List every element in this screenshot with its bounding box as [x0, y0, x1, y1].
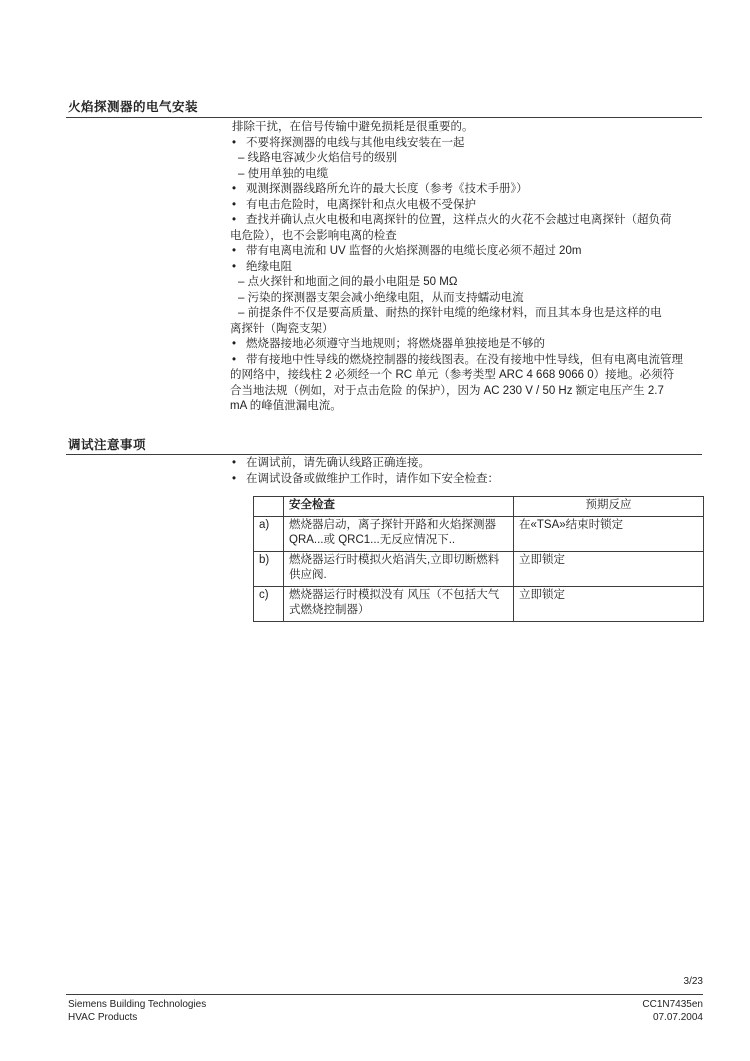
heading-rule	[66, 117, 702, 118]
footer-doc-date: 07.07.2004	[642, 1011, 703, 1024]
body-line: 电危险），也不会影响电离的检查	[230, 229, 716, 245]
row-response: 立即锁定	[514, 586, 704, 621]
row-label: a)	[254, 516, 284, 551]
sub-item: – 点火探针和地面之间的最小电阻是 50 MΩ	[230, 275, 716, 291]
bullet-item: 有电击危险时，电离探针和点火电极不受保护	[230, 198, 716, 214]
body-line: 合当地法规（例如，对于点击危险 的保护），因为 AC 230 V / 50 Hz…	[230, 384, 716, 400]
bullet-item: 观测探测器线路所允许的最大长度（参考《技术手册》）	[230, 182, 716, 198]
bullet-item: 绝缘电阻	[230, 260, 716, 276]
section-body-electrical-installation: 排除干扰，在信号传输中避免损耗是很重要的。 不要将探测器的电线与其他电线安装在一…	[230, 120, 716, 415]
page-number: 3/23	[66, 976, 703, 987]
table-row: c) 燃烧器运行时模拟没有 风压（不包括大气式燃烧控制器） 立即锁定	[254, 586, 704, 621]
page-footer: Siemens Building Technologies HVAC Produ…	[68, 998, 703, 1024]
footer-rule	[66, 994, 703, 995]
row-check: 燃烧器运行时模拟火焰消失,立即切断燃料供应阀.	[284, 551, 514, 586]
body-line: 的网络中，接线柱 2 必须经一个 RC 单元（参考类型 ARC 4 668 90…	[230, 368, 716, 384]
footer-doc-info: CC1N7435en 07.07.2004	[642, 998, 703, 1024]
section-body-commissioning-notes: 在调试前，请先确认线路正确连接。 在调试设备或做维护工作时，请作如下安全检查：	[230, 456, 716, 487]
bullet-item: 在调试设备或做维护工作时，请作如下安全检查：	[230, 472, 716, 488]
sub-item: – 前提条件不仅是要高质量、耐热的探针电缆的绝缘材料，而且其本身也是这样的电	[230, 306, 716, 322]
footer-doc-id: CC1N7435en	[642, 998, 703, 1011]
footer-company-line2: HVAC Products	[68, 1011, 206, 1024]
row-check: 燃烧器启动，离子探针开路和火焰探测器 QRA...或 QRC1...无反应情况下…	[284, 516, 514, 551]
table-header-safety-check: 安全检查	[284, 497, 514, 517]
footer-company-line1: Siemens Building Technologies	[68, 998, 206, 1011]
table-header-row: 安全检查 预期反应	[254, 497, 704, 517]
heading-rule	[66, 454, 702, 455]
table-row: b) 燃烧器运行时模拟火焰消失,立即切断燃料供应阀. 立即锁定	[254, 551, 704, 586]
row-response: 在«TSA»结束时锁定	[514, 516, 704, 551]
sub-item: – 线路电容减少火焰信号的级别	[230, 151, 716, 167]
row-label: b)	[254, 551, 284, 586]
body-line: mA 的峰值泄漏电流。	[230, 399, 716, 415]
table-header-expected-response: 预期反应	[514, 497, 704, 517]
body-line: 排除干扰，在信号传输中避免损耗是很重要的。	[230, 120, 716, 136]
bullet-item: 查找并确认点火电极和电离探针的位置，这样点火的火花不会越过电离探针（超负荷	[230, 213, 716, 229]
footer-company: Siemens Building Technologies HVAC Produ…	[68, 998, 206, 1024]
body-line: 离探针（陶瓷支架）	[230, 322, 716, 338]
bullet-item: 不要将探测器的电线与其他电线安装在一起	[230, 136, 716, 152]
bullet-item: 在调试前，请先确认线路正确连接。	[230, 456, 716, 472]
bullet-item: 带有电离电流和 UV 监督的火焰探测器的电缆长度必须不超过 20m	[230, 244, 716, 260]
sub-item: – 污染的探测器支架会减小绝缘电阻，从而支持蠕动电流	[230, 291, 716, 307]
section-heading-commissioning-notes: 调试注意事项	[68, 435, 146, 453]
bullet-item: 带有接地中性导线的燃烧控制器的接线图表。在没有接地中性导线，但有电离电流管理	[230, 353, 716, 369]
document-page: 火焰探测器的电气安装 排除干扰，在信号传输中避免损耗是很重要的。 不要将探测器的…	[0, 0, 750, 1061]
row-check: 燃烧器运行时模拟没有 风压（不包括大气式燃烧控制器）	[284, 586, 514, 621]
section-heading-electrical-installation: 火焰探测器的电气安装	[68, 97, 198, 115]
row-label: c)	[254, 586, 284, 621]
table-row: a) 燃烧器启动，离子探针开路和火焰探测器 QRA...或 QRC1...无反应…	[254, 516, 704, 551]
row-response: 立即锁定	[514, 551, 704, 586]
safety-check-table: 安全检查 预期反应 a) 燃烧器启动，离子探针开路和火焰探测器 QRA...或 …	[253, 496, 704, 622]
bullet-item: 燃烧器接地必须遵守当地规则；将燃烧器单独接地是不够的	[230, 337, 716, 353]
table-header-empty	[254, 497, 284, 517]
sub-item: – 使用单独的电缆	[230, 167, 716, 183]
